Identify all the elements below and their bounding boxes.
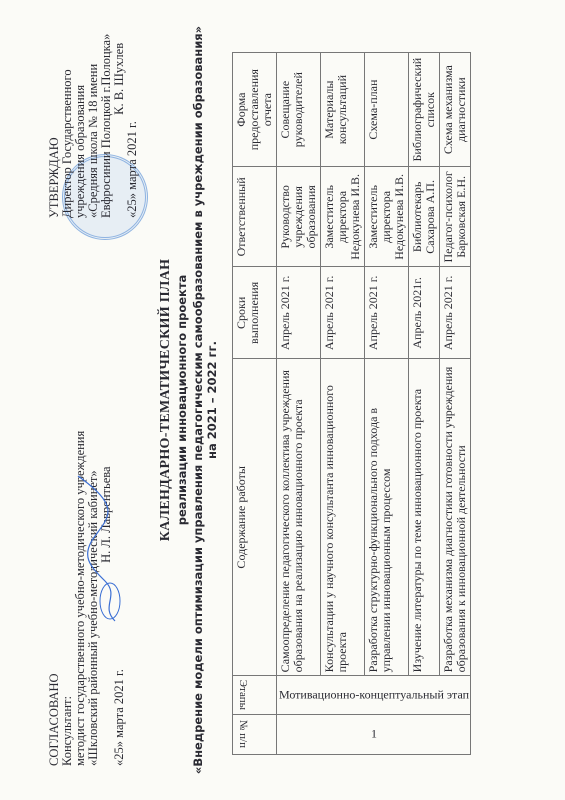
cell-work: Разработка механизма диагностики готовно…: [440, 359, 471, 676]
header-work: Содержание работы: [233, 359, 277, 676]
cell-work: Самоопределение педагогического коллекти…: [277, 359, 321, 676]
title-block: КАЛЕНДАРНО-ТЕМАТИЧЕСКИЙ ПЛАН реализации …: [158, 0, 219, 800]
header-num: № п/п: [233, 714, 277, 754]
approved-section: УТВЕРЖДАЮ Директор Государственного учре…: [48, 0, 139, 218]
approved-date: «25» марта 2021 г.: [126, 0, 139, 218]
project-title: «Внедрение модели оптимизации управления…: [191, 0, 205, 800]
stage-name: Мотивационно-концептуальный этап: [277, 676, 471, 714]
header-stage: Этапы: [233, 676, 277, 714]
cell-report-form: Схема-план: [365, 53, 409, 167]
table-row: Разработка механизма диагностики готовно…: [440, 53, 471, 755]
cell-report-form: Совещание руководителей: [277, 53, 321, 167]
approval-block: СОГЛАСОВАНО Консультант: методист госуда…: [48, 20, 148, 780]
table-header-row: № п/п Этапы Содержание работы Сроки выпо…: [233, 53, 277, 755]
header-responsible: Ответственный: [233, 167, 277, 267]
header-date: Сроки выполнения: [233, 267, 277, 359]
cell-report-form: Схема механизма диагностики: [440, 53, 471, 167]
project-period: на 2021 – 2022 гг.: [205, 0, 219, 800]
cell-work: Изучение литературы по теме инновационно…: [409, 359, 440, 676]
approved-name: К. В. Шухлев: [112, 43, 126, 115]
table-row: Разработка структурно-функционального по…: [365, 53, 409, 755]
cell-report-form: Материалы консультаций: [321, 53, 365, 167]
cell-responsible: Руководство учреждения образования: [277, 167, 321, 267]
cell-work: Разработка структурно-функционального по…: [365, 359, 409, 676]
cell-date: Апрель 2021 г.: [365, 267, 409, 359]
cell-date: Апрель 2021 г.: [277, 267, 321, 359]
cell-work: Консультации у научного консультанта инн…: [321, 359, 365, 676]
cell-report-form: Библиографический список: [409, 53, 440, 167]
cell-date: Апрель 2021 г.: [440, 267, 471, 359]
cell-responsible: Библиотекарь Сахарова А.П.: [409, 167, 440, 267]
table-row: Консультации у научного консультанта инн…: [321, 53, 365, 755]
stage-number: 1: [277, 714, 471, 754]
cell-date: Апрель 2021 г.: [321, 267, 365, 359]
plan-table: № п/п Этапы Содержание работы Сроки выпо…: [232, 52, 471, 755]
cell-responsible: Педагог-психолог Барковская Е.Н.: [440, 167, 471, 267]
document-page: СОГЛАСОВАНО Консультант: методист госуда…: [0, 0, 565, 800]
agreed-section: СОГЛАСОВАНО Консультант: методист госуда…: [48, 346, 126, 766]
cell-date: Апрель 2021г.: [409, 267, 440, 359]
cell-responsible: Заместитель директора Недокунева И.В.: [321, 167, 365, 267]
table-row: Изучение литературы по теме инновационно…: [409, 53, 440, 755]
cell-responsible: Заместитель директора Недокунева И.В.: [365, 167, 409, 267]
page-subtitle: реализации инновационного проекта: [175, 0, 189, 800]
page-title: КАЛЕНДАРНО-ТЕМАТИЧЕСКИЙ ПЛАН: [158, 0, 174, 800]
header-report-form: Форма предоставления отчета: [233, 53, 277, 167]
table-row: 1Мотивационно-концептуальный этапСамоопр…: [277, 53, 321, 755]
signature-icon: [70, 466, 125, 626]
